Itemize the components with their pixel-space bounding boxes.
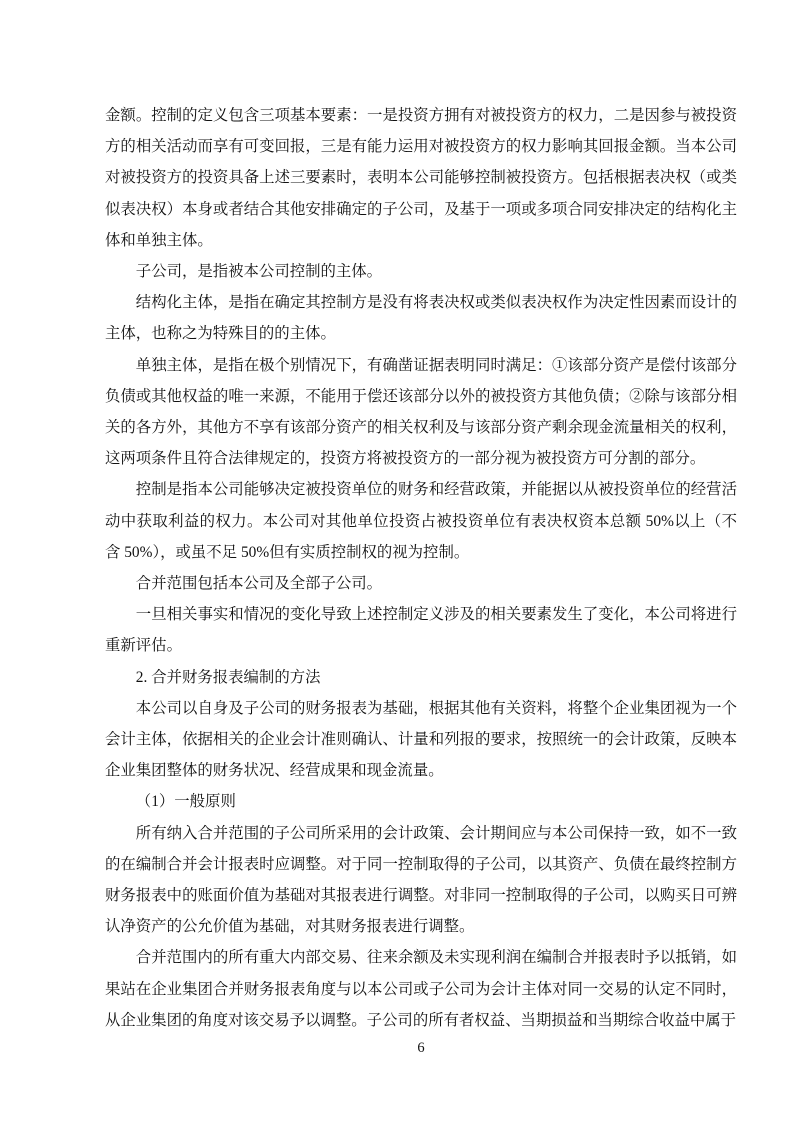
heading-general-principles: （1）一般原则 — [105, 786, 737, 817]
document-body: 金额。控制的定义包含三项基本要素：一是投资方拥有对被投资方的权力，二是因参与被投… — [105, 100, 737, 1036]
paragraph-control-definition: 金额。控制的定义包含三项基本要素：一是投资方拥有对被投资方的权力，二是因参与被投… — [105, 100, 737, 256]
paragraph-consolidation-scope: 合并范围包括本公司及全部子公司。 — [105, 568, 737, 599]
heading-consolidation-method: 2. 合并财务报表编制的方法 — [105, 662, 737, 693]
paragraph-separate-entity-definition: 单独主体，是指在极个别情况下，有确凿证据表明同时满足：①该部分资产是偿付该部分负… — [105, 350, 737, 475]
paragraph-intercompany-elimination: 合并范围内的所有重大内部交易、往来余额及未实现利润在编制合并报表时予以抵销，如果… — [105, 942, 737, 1036]
paragraph-structured-entity-definition: 结构化主体，是指在确定其控制方是没有将表决权或类似表决权作为决定性因素而设计的主… — [105, 287, 737, 349]
paragraph-control-criteria: 控制是指本公司能够决定被投资单位的财务和经营政策，并能据以从被投资单位的经营活动… — [105, 474, 737, 568]
paragraph-reassessment: 一旦相关事实和情况的变化导致上述控制定义涉及的相关要素发生了变化，本公司将进行重… — [105, 599, 737, 661]
document-page: 金额。控制的定义包含三项基本要素：一是投资方拥有对被投资方的权力，二是因参与被投… — [0, 0, 794, 1122]
paragraph-subsidiary-definition: 子公司，是指被本公司控制的主体。 — [105, 256, 737, 287]
page-number: 6 — [105, 1038, 737, 1058]
paragraph-consolidation-basis: 本公司以自身及子公司的财务报表为基础，根据其他有关资料，将整个企业集团视为一个会… — [105, 693, 737, 787]
paragraph-accounting-policy-alignment: 所有纳入合并范围的子公司所采用的会计政策、会计期间应与本公司保持一致，如不一致的… — [105, 818, 737, 943]
